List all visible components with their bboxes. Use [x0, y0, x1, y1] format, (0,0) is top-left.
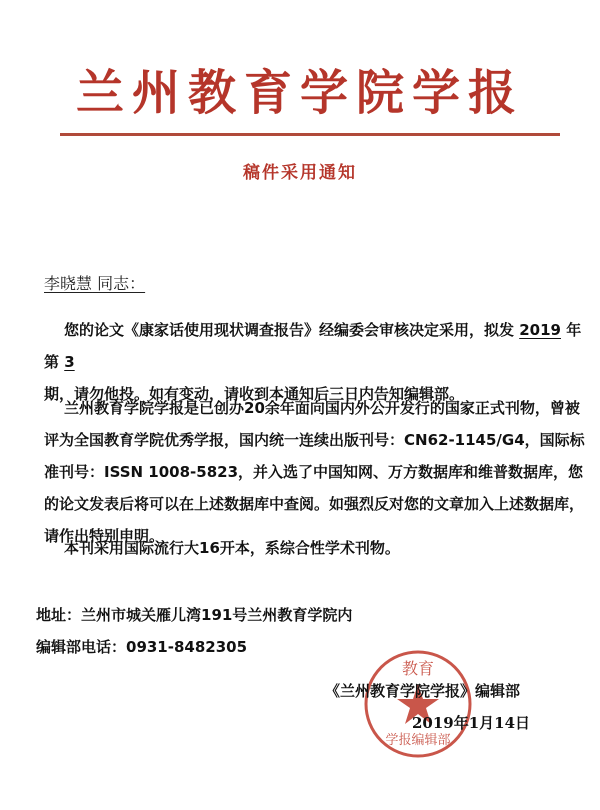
- header-divider: [60, 133, 560, 136]
- format-paragraph: 本刊采用国际流行大16开本，系综合性学术刊物。: [44, 532, 592, 564]
- svg-text:学报编辑部: 学报编辑部: [385, 732, 450, 748]
- p1-text-a: 您的论文《康家话使用现状调查报告》经编委会审核决定采用，拟发: [64, 321, 519, 339]
- address: 地址：兰州市城关雁儿湾191号兰州教育学院内: [36, 604, 352, 625]
- publication-year: 2019: [519, 321, 561, 339]
- phone-number: 编辑部电话：0931-8482305: [36, 636, 247, 657]
- notice-title: 稿件采用通知: [0, 158, 600, 183]
- official-seal-icon: 教育 学报编辑部: [362, 648, 474, 760]
- issuer-signature: 《兰州教育学院学报》编辑部: [325, 680, 520, 701]
- salutation: 李晓慧 同志：: [44, 271, 145, 294]
- journal-info-paragraph: 兰州教育学院学报是已创办20余年面向国内外公开发行的国家正式刊物，曾被评为全国教…: [44, 392, 592, 552]
- salutation-suffix: 同志：: [92, 274, 145, 293]
- issue-number: 3: [64, 353, 74, 371]
- journal-masthead: 兰州教育学院学报: [0, 54, 600, 123]
- issue-date: 2019年1月14日: [412, 712, 530, 733]
- svg-text:教育: 教育: [402, 659, 434, 678]
- recipient-name: 李晓慧: [44, 274, 92, 293]
